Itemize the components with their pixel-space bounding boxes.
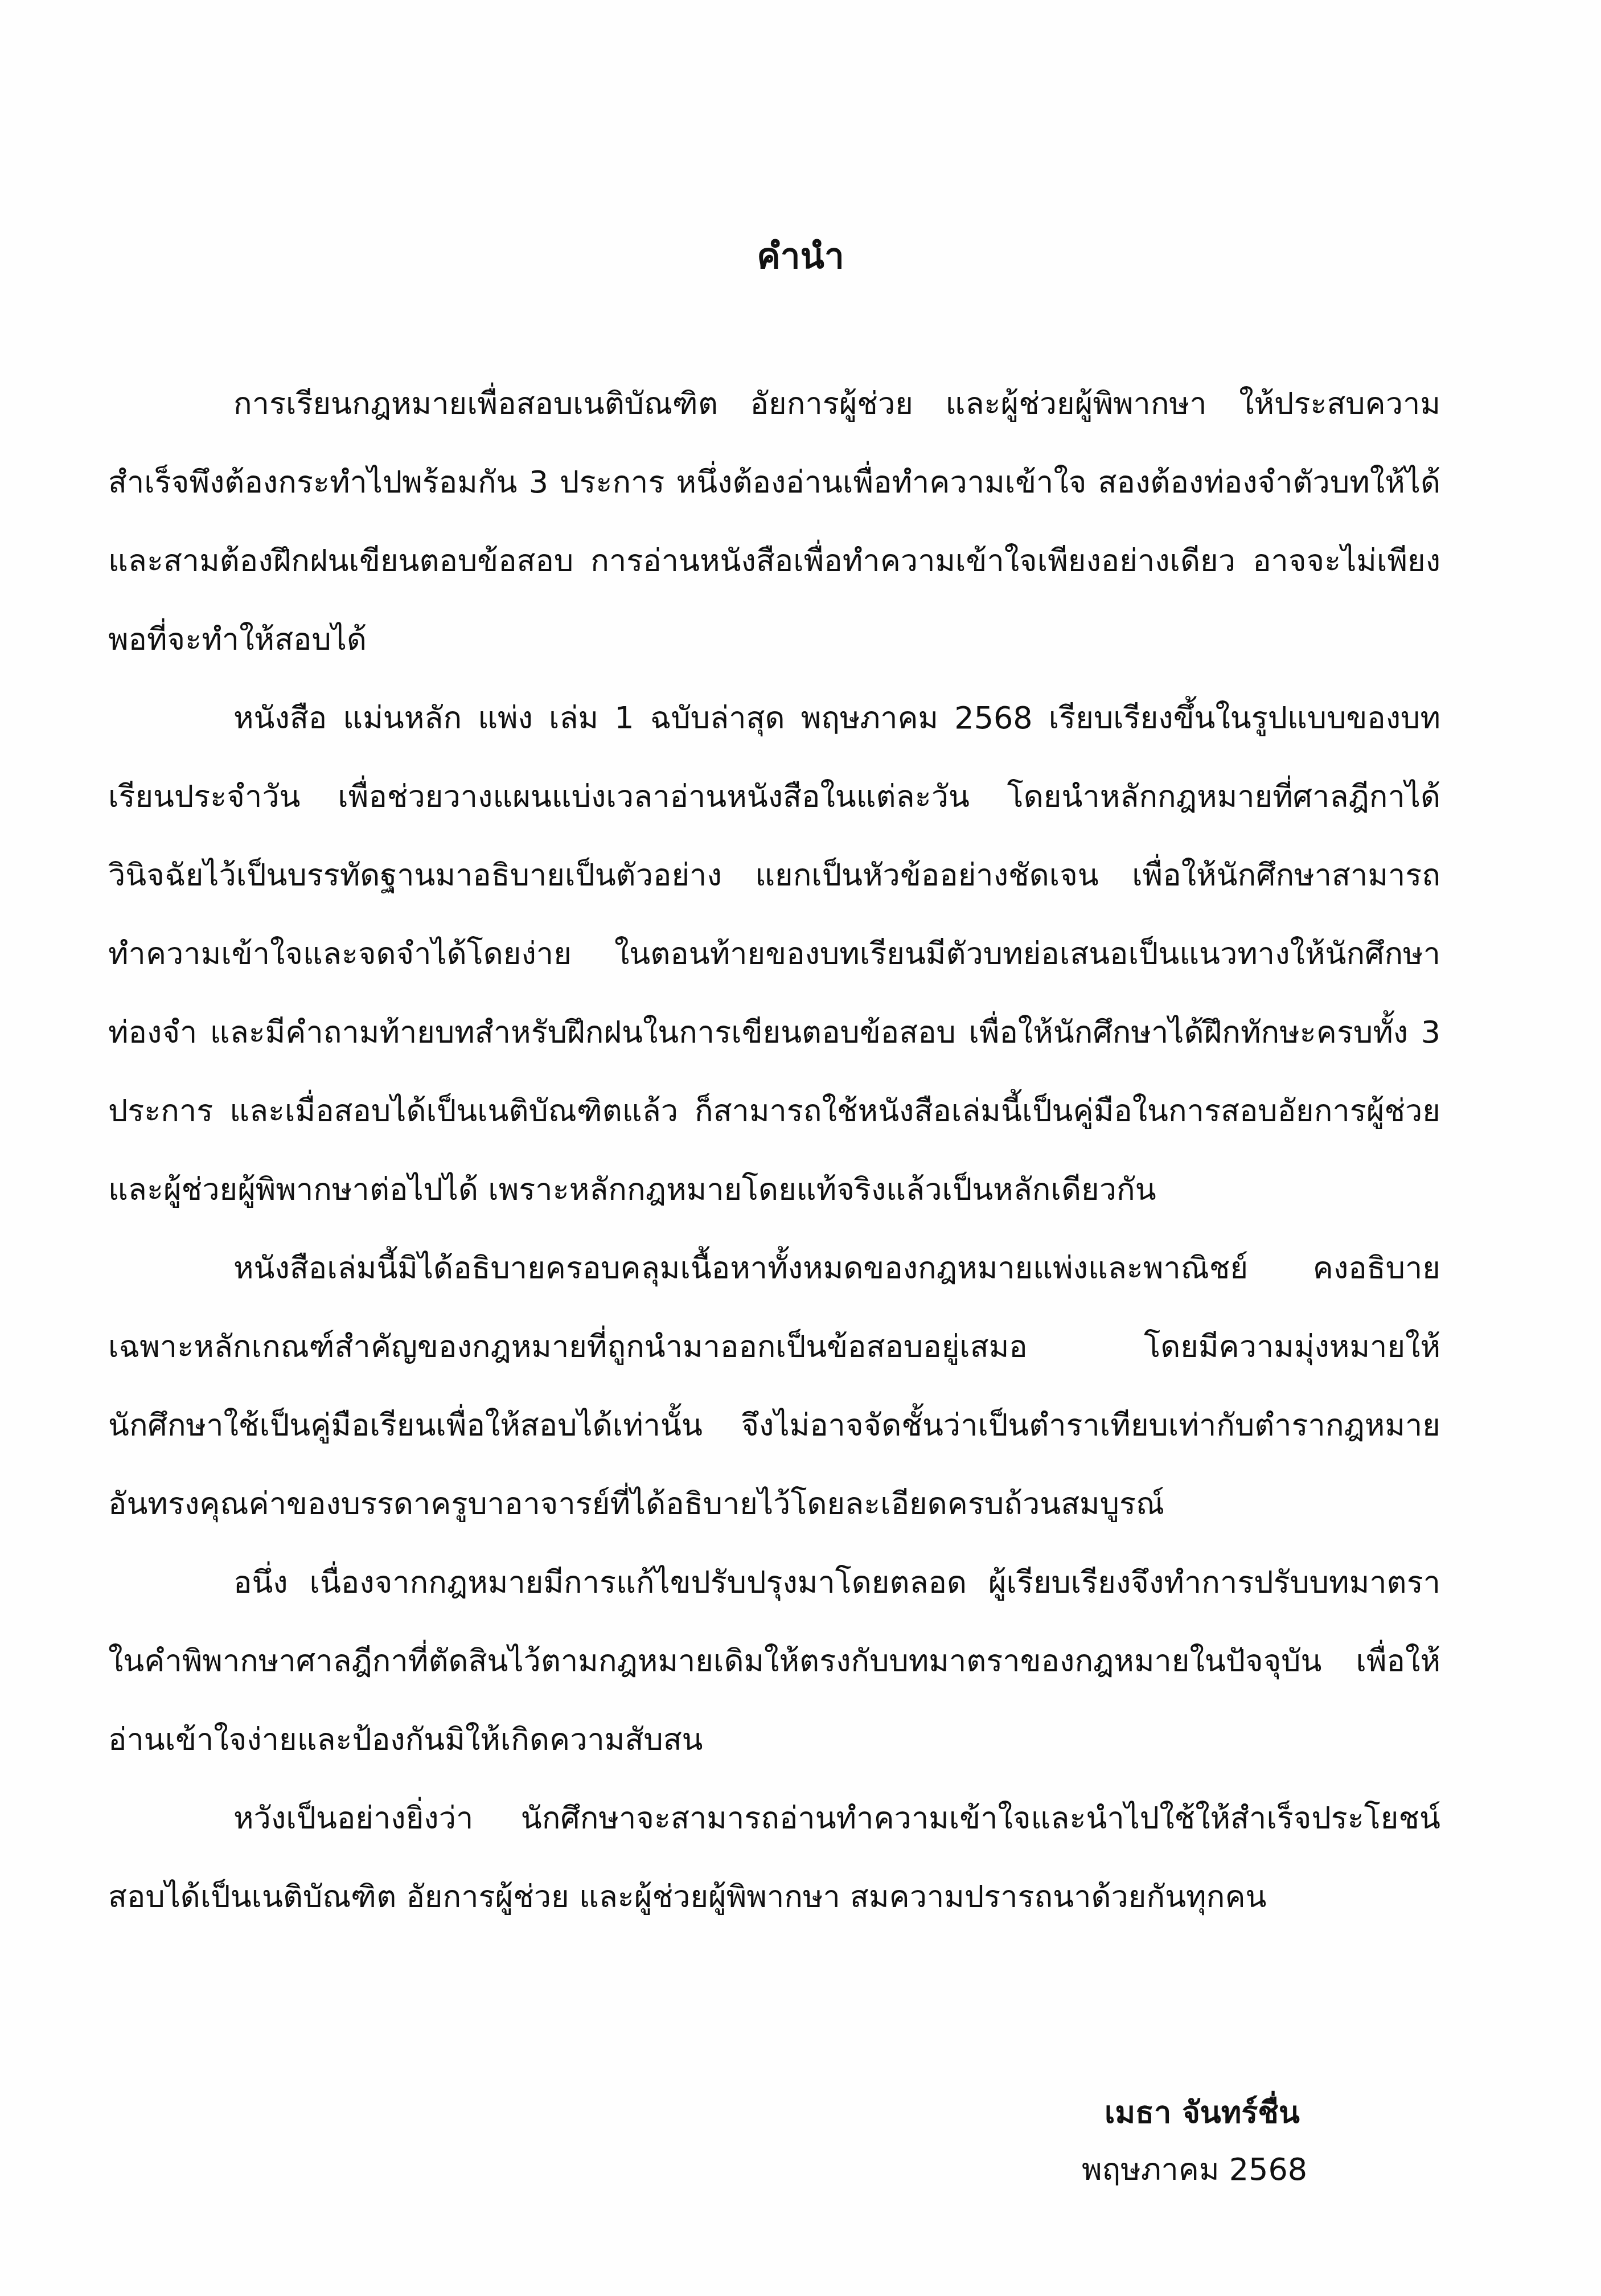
page-title: คำนำ xyxy=(0,228,1601,285)
paragraph-5: หวังเป็นอย่างยิ่งว่า นักศึกษาจะสามารถอ่า… xyxy=(108,1779,1440,1936)
author-name: เมธา จันทร์ชื่น xyxy=(1082,2084,1480,2141)
signature-date: พฤษภาคม 2568 xyxy=(1082,2141,1480,2198)
paragraph-4: อนึ่ง เนื่องจากกฎหมายมีการแก้ไขปรับปรุงม… xyxy=(108,1543,1440,1779)
document-page: คำนำ การเรียนกฎหมายเพื่อสอบเนติบัณฑิต อั… xyxy=(0,0,1601,2296)
signature-block: เมธา จันทร์ชื่น พฤษภาคม 2568 xyxy=(1082,2084,1480,2198)
paragraph-1: การเรียนกฎหมายเพื่อสอบเนติบัณฑิต อัยการผ… xyxy=(108,364,1440,679)
preface-body: การเรียนกฎหมายเพื่อสอบเนติบัณฑิต อัยการผ… xyxy=(108,364,1440,1936)
paragraph-2: หนังสือ แม่นหลัก แพ่ง เล่ม 1 ฉบับล่าสุด … xyxy=(108,679,1440,1229)
paragraph-3: หนังสือเล่มนี้มิได้อธิบายครอบคลุมเนื้อหา… xyxy=(108,1229,1440,1543)
